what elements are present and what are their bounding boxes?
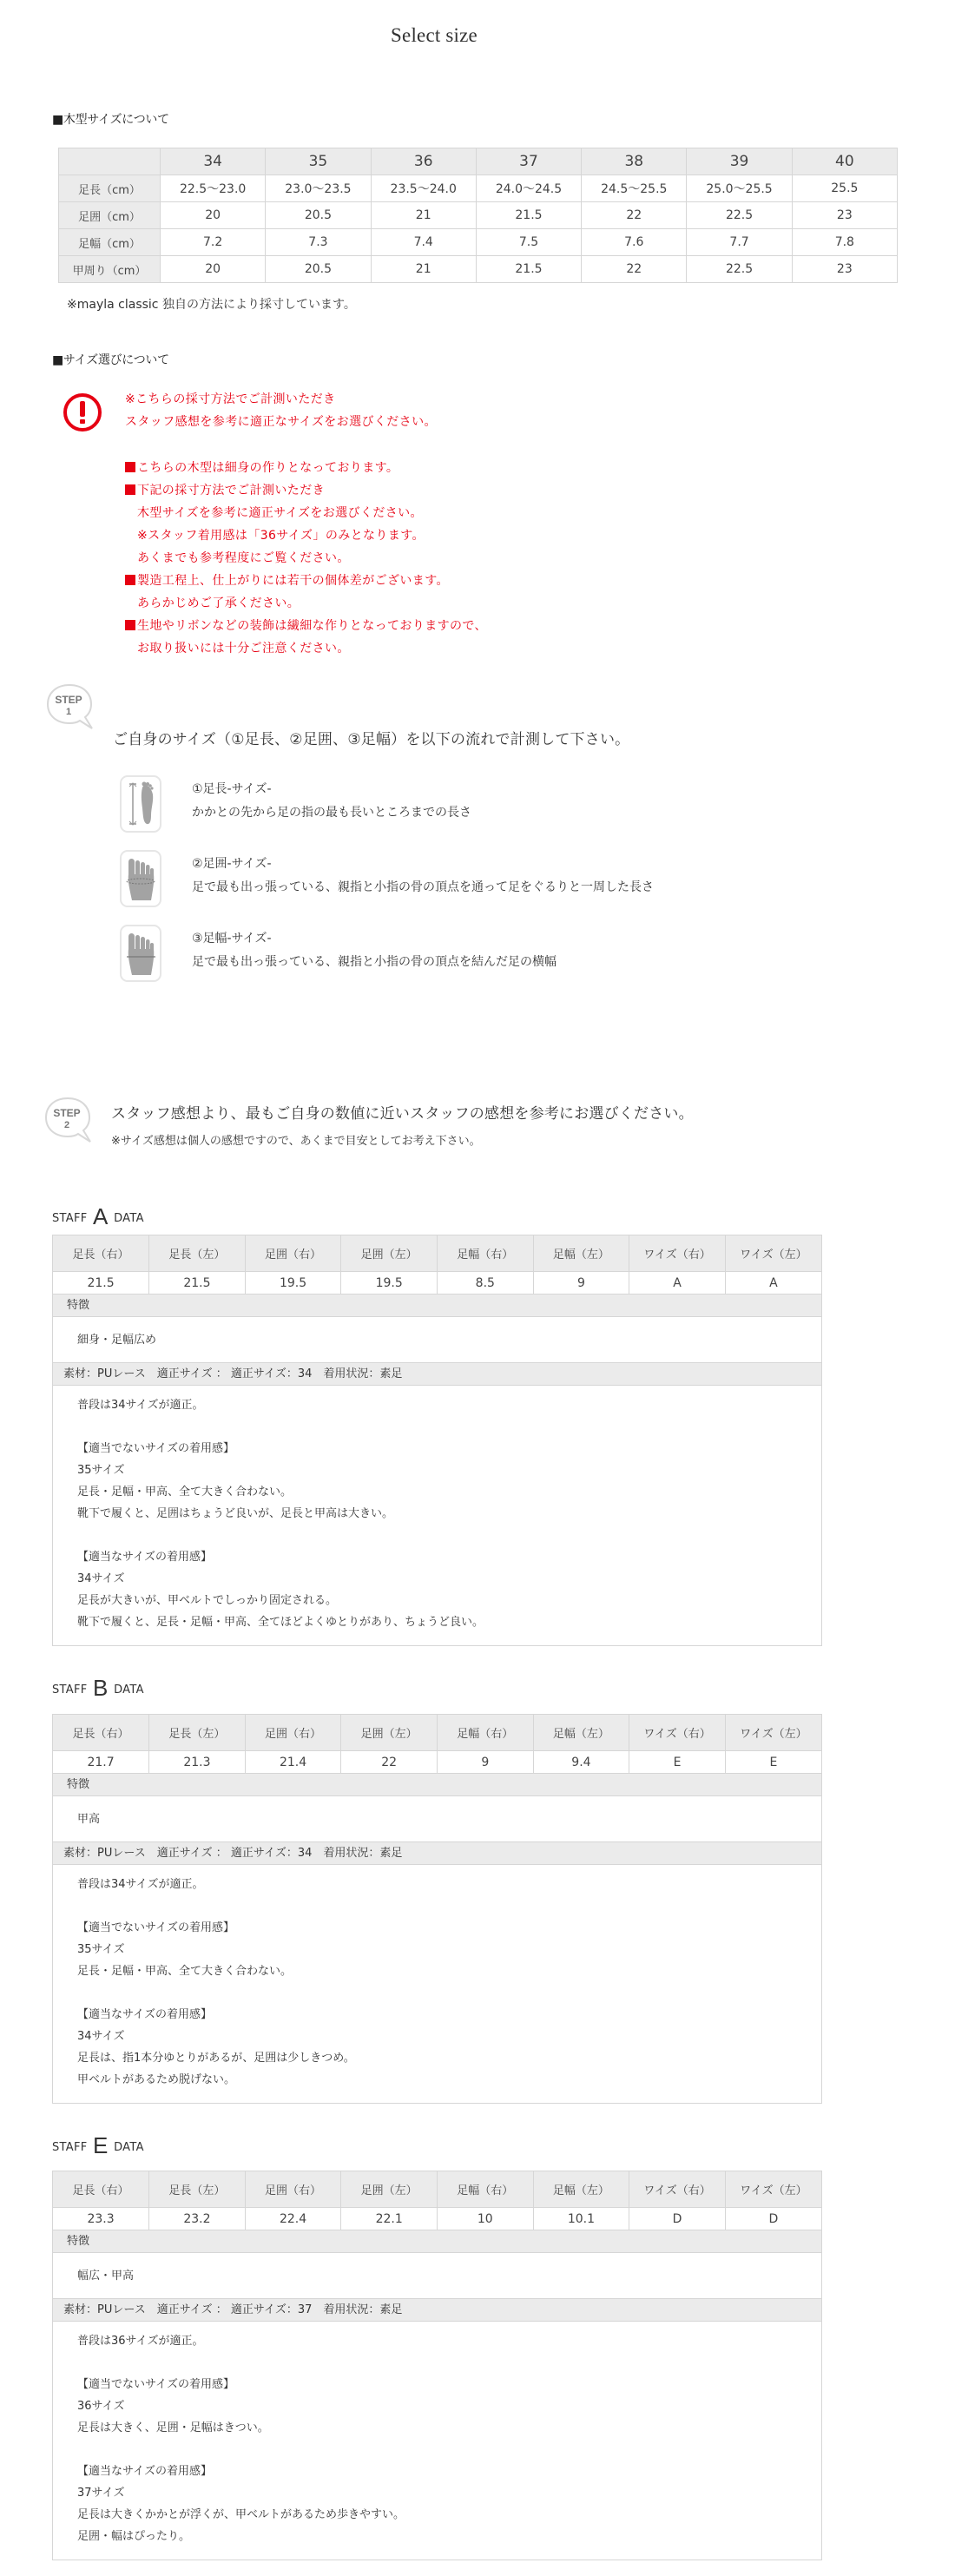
table-cell: 23.3 <box>53 2208 149 2230</box>
svg-text:STEP: STEP <box>53 1107 80 1119</box>
table-cell: A <box>725 1272 821 1295</box>
table-cell: 7.3 <box>266 229 371 256</box>
table-cell: 19.5 <box>341 1272 438 1295</box>
table-cell: 21.4 <box>245 1751 341 1774</box>
column-header: 足長（右） <box>53 1235 149 1272</box>
staff-letter: A <box>93 1203 109 1229</box>
table-cell: 24.5〜25.5 <box>582 175 687 202</box>
red-square-bullet-icon <box>125 620 135 630</box>
table-cell: 22 <box>582 256 687 283</box>
table-row: 足長（cm） 22.5〜23.0 23.0〜23.5 23.5〜24.0 24.… <box>59 175 898 202</box>
column-header: ワイズ（左） <box>725 1715 821 1751</box>
table-cell: 9.4 <box>533 1751 629 1774</box>
comment-line: 足長が大きいが、甲ベルトでしっかり固定される。 <box>77 1590 821 1611</box>
comment-line: 普段は36サイズが適正。 <box>77 2330 821 2352</box>
table-cell: E <box>629 1751 726 1774</box>
step1-instruction: ご自身のサイズ（①足長、②足囲、③足幅）を以下の流れで計測して下さい。 <box>113 727 629 748</box>
column-header: ワイズ（左） <box>725 1235 821 1272</box>
staff-header-row: 足長（右） 足長（左） 足囲（右） 足囲（左） 足幅（右） 足幅（左） ワイズ（… <box>53 1715 821 1751</box>
table-cell: 9 <box>438 1751 534 1774</box>
warning-note-item: ※スタッフ着用感は「36サイズ」のみとなります。 <box>125 524 487 547</box>
comment-line <box>77 1982 821 2004</box>
warning-note-item: お取り扱いには十分ご注意ください。 <box>125 637 487 660</box>
table-cell: 7.2 <box>161 229 266 256</box>
spec-bar: 素材：PUレース 適正サイズ ： 適正サイズ：37 着用状況：素足 <box>53 2299 821 2322</box>
column-header: 足長（右） <box>53 2171 149 2208</box>
step2-note: ※サイズ感想は個人の感想ですので、あくまで目安としてお考え下さい。 <box>111 1131 481 1148</box>
table-row: 足囲（cm） 20 20.5 21 21.5 22 22.5 23 <box>59 202 898 229</box>
staff-a-heading: STAFF A DATA <box>52 1203 144 1230</box>
comment-line: 足長は大きくかかとが浮くが、甲ベルトがあるため歩きやすい。 <box>77 2504 821 2526</box>
table-cell: 7.6 <box>582 229 687 256</box>
comment-line: 普段は34サイズが適正。 <box>77 1874 821 1895</box>
row-label: 足囲（cm） <box>59 202 161 229</box>
feature-label: 特徴 <box>53 2230 821 2253</box>
table-cell: 9 <box>533 1272 629 1295</box>
column-header: 足長（右） <box>53 1715 149 1751</box>
red-square-bullet-icon <box>125 484 135 495</box>
staff-header-row: 足長（右） 足長（左） 足囲（右） 足囲（左） 足幅（右） 足幅（左） ワイズ（… <box>53 2171 821 2208</box>
staff-e-heading: STAFF E DATA <box>52 2132 144 2159</box>
table-cell: 22.5 <box>687 202 792 229</box>
table-cell: 21.5 <box>53 1272 149 1295</box>
table-cell: 8.5 <box>438 1272 534 1295</box>
table-cell: 21.5 <box>476 256 581 283</box>
staff-letter: E <box>93 2132 109 2158</box>
row-label: 甲周り（cm） <box>59 256 161 283</box>
feature-text: 細身・足幅広め <box>53 1317 821 1363</box>
comment-line <box>77 2439 821 2461</box>
table-cell: 21.3 <box>149 1751 246 1774</box>
table-cell: 22 <box>582 202 687 229</box>
column-header: 足長（左） <box>149 2171 246 2208</box>
table-cell: 25.5 <box>792 175 897 202</box>
comment-line <box>77 1416 821 1438</box>
comment-line: 【適当でないサイズの着用感】 <box>77 1917 821 1939</box>
table-cell: 21.5 <box>476 202 581 229</box>
size-header-cell: 40 <box>792 148 897 175</box>
comment-line: 【適当なサイズの着用感】 <box>77 2004 821 2026</box>
measurement-description: 足で最も出っ張っている、親指と小指の骨の頂点を結んだ足の横幅 <box>192 952 557 970</box>
measurement-title: ③足幅-サイズ- <box>192 929 272 946</box>
column-header: ワイズ（右） <box>629 1715 726 1751</box>
comment-line: 甲ベルトがあるため脱げない。 <box>77 2069 821 2091</box>
comment-line: 【適当なサイズの着用感】 <box>77 1546 821 1568</box>
staff-measure-table: 足長（右） 足長（左） 足囲（右） 足囲（左） 足幅（右） 足幅（左） ワイズ（… <box>53 2171 821 2230</box>
table-cell: 21.5 <box>149 1272 246 1295</box>
table-cell: 19.5 <box>245 1272 341 1295</box>
column-header: 足幅（左） <box>533 1715 629 1751</box>
foot-girth-icon <box>120 850 161 907</box>
page-title: Select size <box>0 24 868 47</box>
comment-line: 足長・足幅・甲高、全て大きく合わない。 <box>77 1960 821 1982</box>
table-cell: 23.2 <box>149 2208 246 2230</box>
comment-line: 36サイズ <box>77 2395 821 2417</box>
warning-intro-line: スタッフ感想を参考に適正なサイズをお選びください。 <box>125 411 437 433</box>
table-cell: 7.5 <box>476 229 581 256</box>
table-cell: 20.5 <box>266 256 371 283</box>
table-cell: 25.0〜25.5 <box>687 175 792 202</box>
warning-note-item: 製造工程上、仕上がりには若干の個体差がございます。 <box>125 570 487 592</box>
comment-line: 足長は大きく、足囲・足幅はきつい。 <box>77 2417 821 2439</box>
comment-line: 【適当でないサイズの着用感】 <box>77 2374 821 2395</box>
size-header-cell: 34 <box>161 148 266 175</box>
table-cell: 20 <box>161 202 266 229</box>
svg-text:2: 2 <box>64 1120 69 1130</box>
warning-note-item: 生地やリボンなどの装飾は繊細な作りとなっておりますので、 <box>125 615 487 637</box>
measurement-description: 足で最も出っ張っている、親指と小指の骨の頂点を通って足をぐるりと一周した長さ <box>192 878 654 895</box>
warning-intro: ※こちらの採寸方法でご計測いただき スタッフ感想を参考に適正なサイズをお選びくだ… <box>125 388 437 433</box>
measurement-title: ①足長-サイズ- <box>192 780 272 797</box>
table-row: 甲周り（cm） 20 20.5 21 21.5 22 22.5 23 <box>59 256 898 283</box>
table-cell: 22.1 <box>341 2208 438 2230</box>
comment-line: 【適当でないサイズの着用感】 <box>77 1438 821 1459</box>
comment-line <box>77 2352 821 2374</box>
table-cell: 21.7 <box>53 1751 149 1774</box>
table-cell: 21 <box>371 256 476 283</box>
table-row: 21.7 21.3 21.4 22 9 9.4 E E <box>53 1751 821 1774</box>
size-guide-heading: ■サイズ選びについて <box>52 351 169 368</box>
column-header: 足幅（右） <box>438 1715 534 1751</box>
comment-line: 【適当なサイズの着用感】 <box>77 2461 821 2482</box>
table-cell: 7.8 <box>792 229 897 256</box>
comment-line: 37サイズ <box>77 2482 821 2504</box>
feature-text: 甲高 <box>53 1796 821 1842</box>
warning-note-item: あらかじめご了承ください。 <box>125 592 487 615</box>
table-cell: 22.5 <box>687 256 792 283</box>
measurement-description: かかとの先から足の指の最も長いところまでの長さ <box>192 803 471 820</box>
size-header-cell: 37 <box>476 148 581 175</box>
table-cell: 23 <box>792 256 897 283</box>
comment-line: 普段は34サイズが適正。 <box>77 1394 821 1416</box>
staff-comments: 普段は34サイズが適正。 【適当でないサイズの着用感】 35サイズ 足長・足幅・… <box>53 1865 821 2103</box>
staff-b-card: 足長（右） 足長（左） 足囲（右） 足囲（左） 足幅（右） 足幅（左） ワイズ（… <box>52 1714 822 2104</box>
step2-instruction: スタッフ感想より、最もご自身の数値に近いスタッフの感想を参考にお選びください。 <box>111 1101 694 1123</box>
row-label: 足長（cm） <box>59 175 161 202</box>
staff-a-card: 足長（右） 足長（左） 足囲（右） 足囲（左） 足幅（右） 足幅（左） ワイズ（… <box>52 1235 822 1646</box>
column-header: ワイズ（右） <box>629 1235 726 1272</box>
table-cell: D <box>629 2208 726 2230</box>
comment-line: 足長は、指1本分ゆとりがあるが、足囲は少しきつめ。 <box>77 2047 821 2069</box>
warning-intro-line: ※こちらの採寸方法でご計測いただき <box>125 388 437 411</box>
measurement-note: ※mayla classic 独自の方法により採寸しています。 <box>67 295 356 313</box>
column-header: 足幅（左） <box>533 1235 629 1272</box>
staff-measure-table: 足長（右） 足長（左） 足囲（右） 足囲（左） 足幅（右） 足幅（左） ワイズ（… <box>53 1235 821 1295</box>
column-header: ワイズ（右） <box>629 2171 726 2208</box>
feature-text: 幅広・甲高 <box>53 2253 821 2299</box>
exclamation-circle-icon <box>63 392 102 432</box>
svg-text:STEP: STEP <box>55 694 82 706</box>
column-header: 足囲（右） <box>245 1235 341 1272</box>
column-header: 足幅（右） <box>438 1235 534 1272</box>
comment-line: 34サイズ <box>77 1568 821 1590</box>
red-square-bullet-icon <box>125 462 135 472</box>
warning-note-item: こちらの木型は細身の作りとなっております。 <box>125 457 487 479</box>
table-row: 21.5 21.5 19.5 19.5 8.5 9 A A <box>53 1272 821 1295</box>
staff-header-row: 足長（右） 足長（左） 足囲（右） 足囲（左） 足幅（右） 足幅（左） ワイズ（… <box>53 1235 821 1272</box>
column-header: 足長（左） <box>149 1715 246 1751</box>
table-cell: 21 <box>371 202 476 229</box>
comment-line: 35サイズ <box>77 1939 821 1960</box>
staff-letter: B <box>93 1675 109 1701</box>
warning-note-item: 下記の採寸方法でご計測いただき <box>125 479 487 502</box>
staff-b-heading: STAFF B DATA <box>52 1675 144 1702</box>
measurement-title: ②足囲-サイズ- <box>192 854 272 872</box>
column-header: 足幅（左） <box>533 2171 629 2208</box>
comment-line: 靴下で履くと、足長・足幅・甲高、全てほどよくゆとりがあり、ちょうど良い。 <box>77 1611 821 1633</box>
table-cell: 22.5〜23.0 <box>161 175 266 202</box>
column-header: ワイズ（左） <box>725 2171 821 2208</box>
table-cell: 24.0〜24.5 <box>476 175 581 202</box>
last-size-table: 34 35 36 37 38 39 40 足長（cm） 22.5〜23.0 23… <box>58 148 898 283</box>
staff-comments: 普段は34サイズが適正。 【適当でないサイズの着用感】 35サイズ 足長・足幅・… <box>53 1386 821 1645</box>
feature-label: 特徴 <box>53 1295 821 1317</box>
table-cell: A <box>629 1272 726 1295</box>
staff-e-card: 足長（右） 足長（左） 足囲（右） 足囲（左） 足幅（右） 足幅（左） ワイズ（… <box>52 2171 822 2560</box>
spec-bar: 素材：PUレース 適正サイズ ： 適正サイズ：34 着用状況：素足 <box>53 1363 821 1386</box>
size-header-cell: 39 <box>687 148 792 175</box>
column-header: 足囲（右） <box>245 2171 341 2208</box>
table-cell: 22.4 <box>245 2208 341 2230</box>
table-cell: E <box>725 1751 821 1774</box>
table-row: 23.3 23.2 22.4 22.1 10 10.1 D D <box>53 2208 821 2230</box>
red-square-bullet-icon <box>125 575 135 585</box>
table-cell: 10 <box>438 2208 534 2230</box>
size-header-corner <box>59 148 161 175</box>
table-cell: 7.7 <box>687 229 792 256</box>
comment-line: 35サイズ <box>77 1459 821 1481</box>
spec-bar: 素材：PUレース 適正サイズ ： 適正サイズ：34 着用状況：素足 <box>53 1842 821 1865</box>
size-header-cell: 38 <box>582 148 687 175</box>
staff-measure-table: 足長（右） 足長（左） 足囲（右） 足囲（左） 足幅（右） 足幅（左） ワイズ（… <box>53 1714 821 1774</box>
table-cell: D <box>725 2208 821 2230</box>
warning-note-item: 木型サイズを参考に適正サイズをお選びください。 <box>125 502 487 524</box>
column-header: 足囲（左） <box>341 1715 438 1751</box>
size-header-row: 34 35 36 37 38 39 40 <box>59 148 898 175</box>
table-cell: 10.1 <box>533 2208 629 2230</box>
staff-comments: 普段は36サイズが適正。 【適当でないサイズの着用感】 36サイズ 足長は大きく… <box>53 2322 821 2560</box>
foot-width-icon <box>120 925 161 982</box>
comment-line: 足囲・幅はぴったり。 <box>77 2526 821 2547</box>
table-cell: 23.0〜23.5 <box>266 175 371 202</box>
comment-line: 34サイズ <box>77 2026 821 2047</box>
svg-text:1: 1 <box>66 707 71 717</box>
row-label: 足幅（cm） <box>59 229 161 256</box>
column-header: 足幅（右） <box>438 2171 534 2208</box>
size-header-cell: 35 <box>266 148 371 175</box>
step2-badge-icon: STEP 2 <box>42 1096 99 1144</box>
column-header: 足囲（左） <box>341 2171 438 2208</box>
column-header: 足長（左） <box>149 1235 246 1272</box>
table-cell: 20.5 <box>266 202 371 229</box>
step1-badge-icon: STEP 1 <box>43 682 101 731</box>
comment-line <box>77 1525 821 1546</box>
warning-note-item: あくまでも参考程度にご覧ください。 <box>125 547 487 570</box>
comment-line: 足長・足幅・甲高、全て大きく合わない。 <box>77 1481 821 1503</box>
column-header: 足囲（左） <box>341 1235 438 1272</box>
comment-line: 靴下で履くと、足囲はちょうど良いが、足長と甲高は大きい。 <box>77 1503 821 1525</box>
column-header: 足囲（右） <box>245 1715 341 1751</box>
table-cell: 7.4 <box>371 229 476 256</box>
table-cell: 23 <box>792 202 897 229</box>
comment-line <box>77 1895 821 1917</box>
last-size-heading: ■木型サイズについて <box>52 110 169 128</box>
feature-label: 特徴 <box>53 1774 821 1796</box>
table-cell: 23.5〜24.0 <box>371 175 476 202</box>
warning-notes: こちらの木型は細身の作りとなっております。 下記の採寸方法でご計測いただき 木型… <box>125 457 487 660</box>
size-header-cell: 36 <box>371 148 476 175</box>
table-cell: 22 <box>341 1751 438 1774</box>
table-row: 足幅（cm） 7.2 7.3 7.4 7.5 7.6 7.7 7.8 <box>59 229 898 256</box>
table-cell: 20 <box>161 256 266 283</box>
foot-length-icon <box>120 775 161 833</box>
